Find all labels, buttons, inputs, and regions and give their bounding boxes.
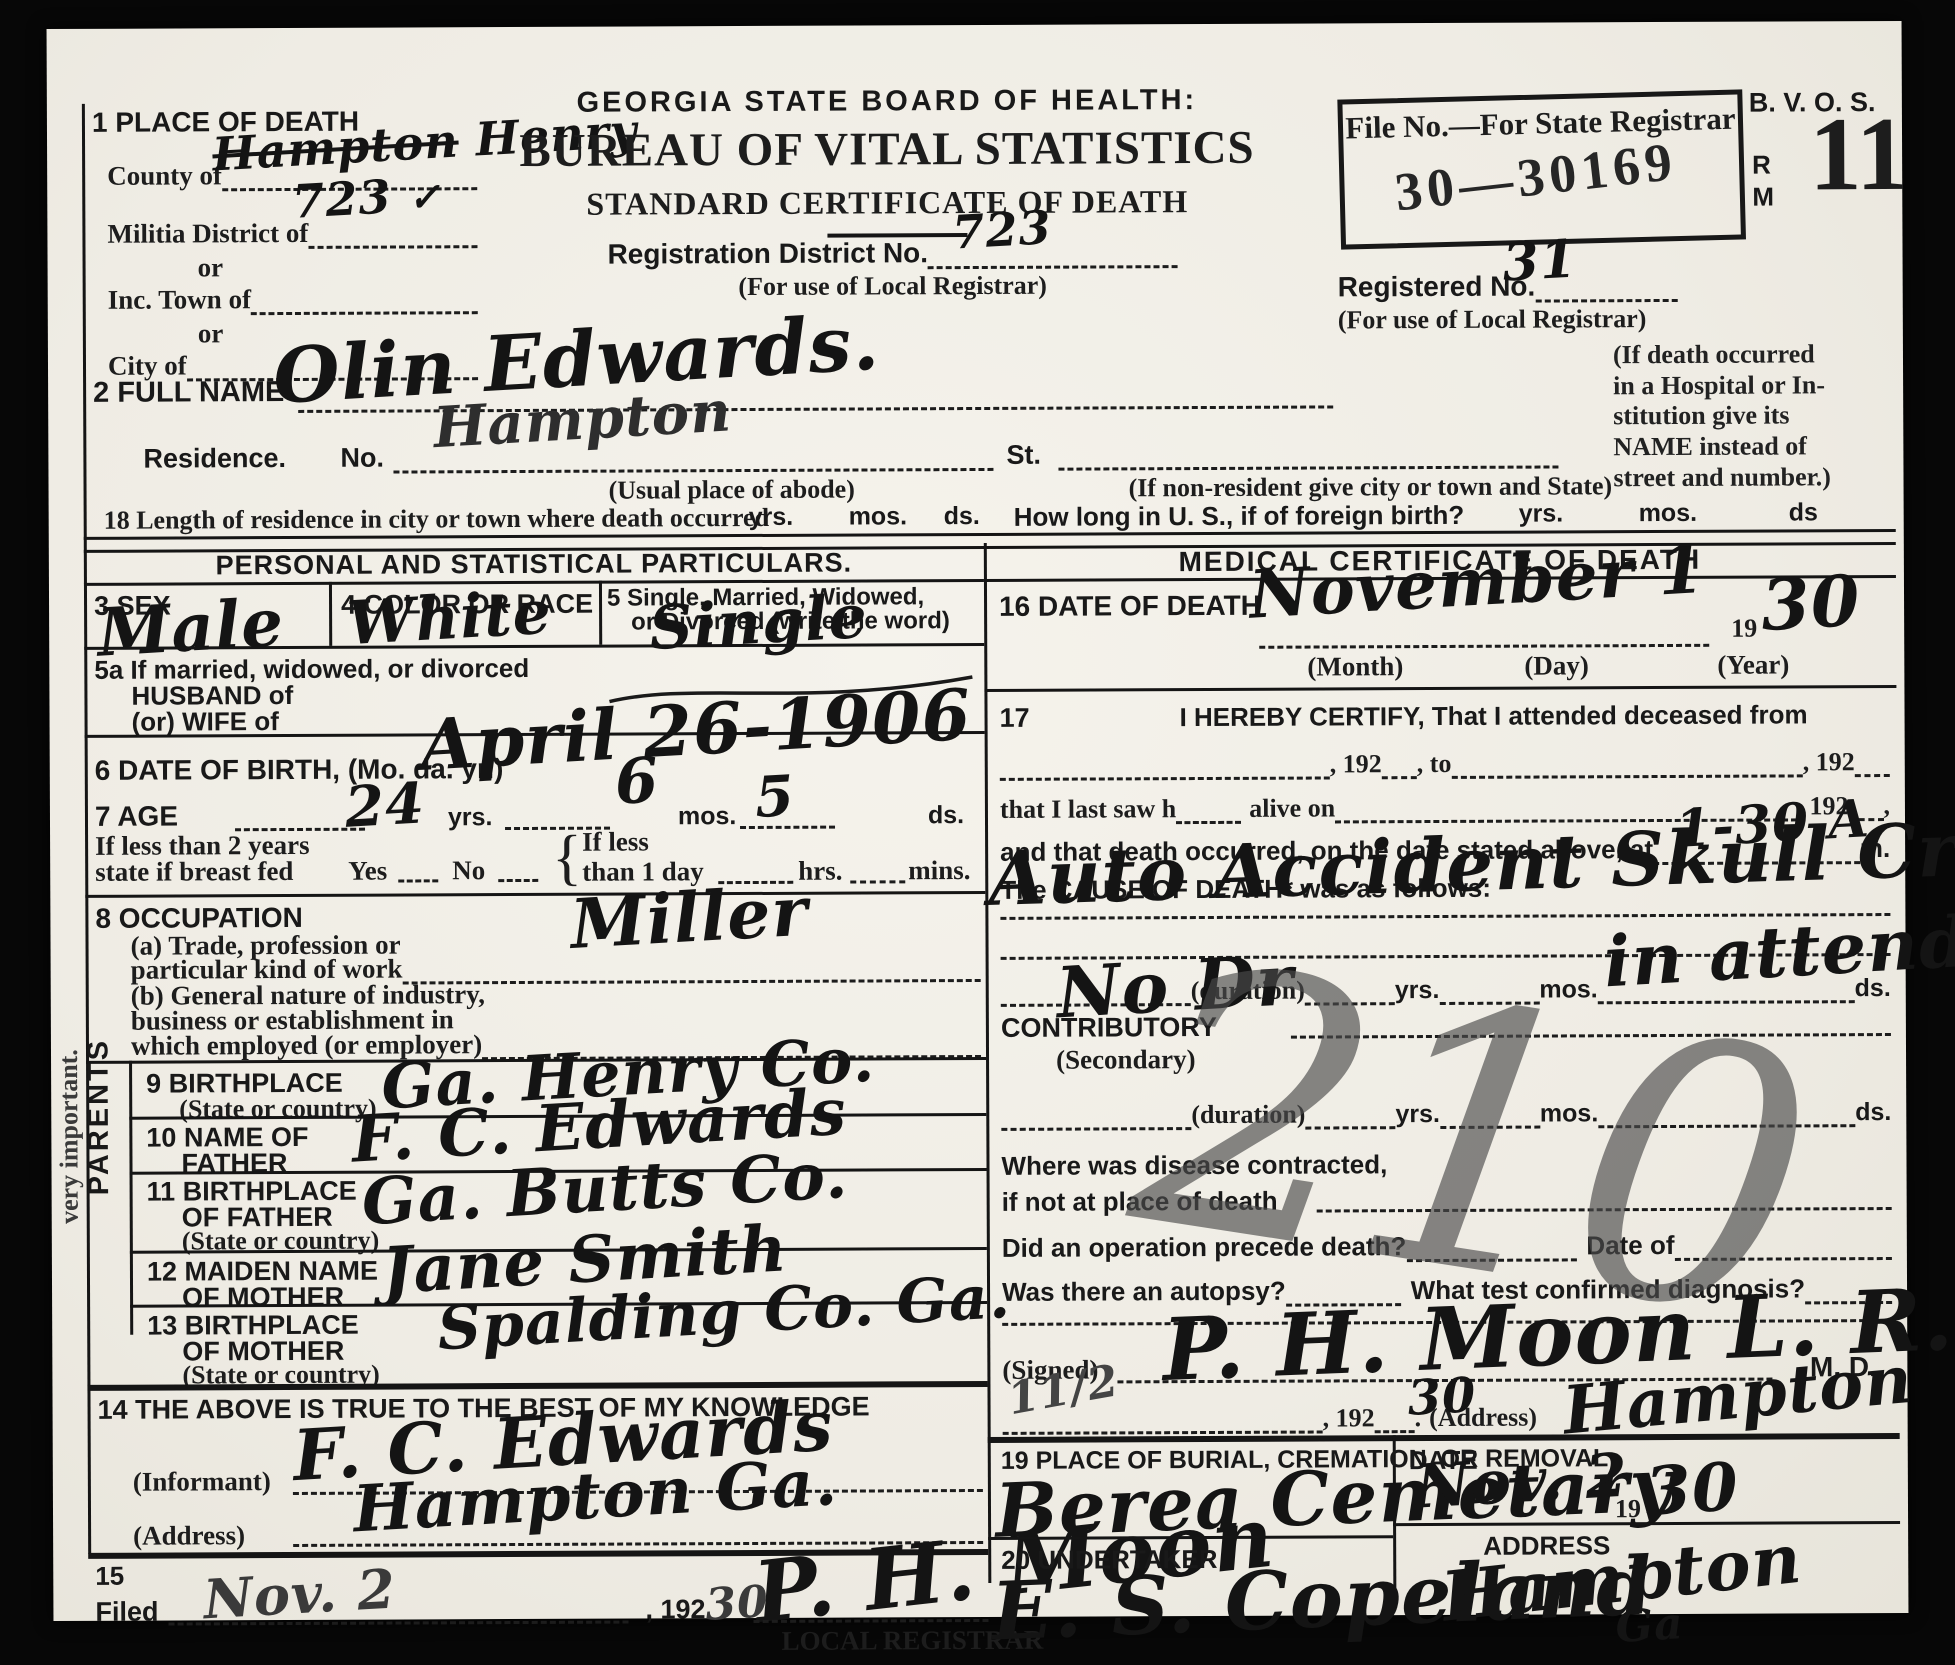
or-label-2: or bbox=[198, 318, 224, 349]
hospital-note-line-3: stitution give its bbox=[1613, 400, 1903, 432]
mins-fill bbox=[850, 880, 905, 883]
age-years-value: 24 bbox=[343, 770, 427, 840]
sex-color-divider bbox=[329, 582, 332, 646]
full-name-label: 2 FULL NAME bbox=[93, 376, 284, 410]
row9-sublabel: (State or country) bbox=[179, 1094, 377, 1125]
residence-fill-2 bbox=[1058, 465, 1558, 470]
burial-date-hw: Nov. 2 bbox=[1413, 1441, 1630, 1523]
age-days-value: 5 bbox=[753, 763, 797, 831]
last-saw-label: that I last saw h bbox=[1000, 794, 1176, 825]
registration-district-note: (For use of Local Registrar) bbox=[608, 270, 1178, 302]
form-left-border bbox=[82, 104, 91, 1554]
age-row-rule bbox=[85, 891, 985, 898]
residence-fill-1 bbox=[393, 468, 993, 474]
hospital-note-line-4: NAME instead of bbox=[1613, 431, 1903, 463]
yes-fill bbox=[398, 879, 438, 882]
filed-label: Filed bbox=[95, 1597, 158, 1628]
signed-date-fill bbox=[1003, 1426, 1323, 1434]
filed-num: 15 bbox=[95, 1561, 124, 1592]
no-fill bbox=[498, 879, 538, 882]
inc-town-fill-line bbox=[251, 307, 478, 315]
registered-no-fill bbox=[1535, 295, 1677, 303]
certify-dates-row: , 192 , to , 192 bbox=[1000, 747, 1890, 781]
abode-note: (Usual place of abode) bbox=[608, 475, 854, 506]
or-label-1: or bbox=[198, 252, 224, 283]
dod-rule bbox=[984, 685, 1896, 692]
personal-heading: PERSONAL AND STATISTICAL PARTICULARS. bbox=[84, 547, 984, 582]
county-label: County of bbox=[107, 160, 222, 192]
length-yrs: yrs. bbox=[749, 503, 794, 532]
nonresident-note: (If non-resident give city or town and S… bbox=[1128, 471, 1612, 503]
militia-handwritten: 723 ✓ bbox=[291, 166, 443, 228]
hospital-note-line-5: street and number.) bbox=[1613, 462, 1903, 494]
certify-fill-1 bbox=[1000, 772, 1330, 780]
registered-no-value: 31 bbox=[1501, 228, 1579, 293]
informant-address-label: (Address) bbox=[133, 1520, 245, 1551]
header-titles: GEORGIA STATE BOARD OF HEALTH: BUREAU OF… bbox=[477, 84, 1298, 224]
certify-num: 17 bbox=[999, 703, 1029, 734]
parents-label: PARENTS bbox=[83, 1135, 116, 1195]
certify-to: , to bbox=[1417, 749, 1452, 779]
parents-bracket bbox=[129, 1061, 133, 1335]
age-ds-unit: ds. bbox=[928, 801, 964, 830]
militia-value: 723 bbox=[291, 169, 393, 229]
inc-town-row: Inc. Town of bbox=[108, 283, 478, 316]
certify-text: I HEREBY CERTIFY, That I attended deceas… bbox=[1179, 699, 1807, 733]
burial-year-printed: 19 bbox=[1615, 1494, 1641, 1524]
age-months-value: 6 bbox=[613, 743, 661, 818]
certify-192b: , 192 bbox=[1803, 747, 1855, 777]
dod-label: 16 DATE OF DEATH bbox=[999, 590, 1261, 623]
how-long-yrs: yrs. bbox=[1519, 499, 1564, 528]
brace-glyph: { bbox=[552, 823, 582, 894]
board-title: GEORGIA STATE BOARD OF HEALTH: bbox=[477, 84, 1297, 121]
row12-sublabel: OF MOTHER bbox=[182, 1282, 344, 1314]
age-mos-unit: mos. bbox=[678, 802, 736, 831]
age-label: 7 AGE bbox=[95, 800, 178, 832]
filed-signature-fill bbox=[753, 1619, 988, 1623]
dob-value: April 26-1906 bbox=[418, 673, 974, 787]
row10-sublabel: FATHER bbox=[181, 1148, 287, 1179]
certify-fill-2 bbox=[1451, 770, 1802, 779]
last-saw-fill-1 bbox=[1176, 817, 1241, 824]
alive-on-label: alive on bbox=[1249, 793, 1335, 823]
bvos-r: R bbox=[1752, 150, 1771, 181]
yes-label: Yes bbox=[348, 856, 387, 887]
month-note: (Month) bbox=[1307, 651, 1403, 682]
column-divider bbox=[984, 543, 992, 1583]
file-no-label: File No.—For State Registrar bbox=[1343, 101, 1739, 147]
militia-fill-line bbox=[308, 241, 477, 249]
no-label: No bbox=[452, 855, 485, 886]
hospital-note-line-1: (If death occurred bbox=[1613, 339, 1903, 371]
militia-row: Militia District of bbox=[107, 217, 477, 250]
dod-year-printed: 19 bbox=[1731, 614, 1757, 644]
burial-year-hw: 30 bbox=[1643, 1447, 1741, 1530]
certify-192b-fill bbox=[1855, 770, 1890, 777]
how-long-label: How long in U. S., if of foreign birth? bbox=[1014, 500, 1465, 533]
dod-year-hw: 30 bbox=[1759, 559, 1863, 648]
married-note-3: (or) WIFE of bbox=[131, 706, 278, 738]
residence-label: Residence. bbox=[143, 443, 286, 475]
filed-date-value: Nov. 2 bbox=[202, 1557, 398, 1632]
length-mos: mos. bbox=[849, 502, 907, 531]
signed-year-printed: , 192 bbox=[1323, 1403, 1375, 1433]
signed-year-hw: 30 bbox=[1406, 1367, 1478, 1427]
ifless-line-1: If less bbox=[582, 826, 649, 857]
certificate-paper: very important. 1 PLACE OF DEATH County … bbox=[47, 21, 1909, 1621]
registered-no-note: (For use of Local Registrar) bbox=[1338, 304, 1647, 335]
bureau-title: BUREAU OF VITAL STATISTICS bbox=[477, 121, 1297, 179]
file-no-box: File No.—For State Registrar 30—30169 bbox=[1337, 89, 1746, 249]
pencil-number-overlay: 210 bbox=[1118, 915, 1822, 1371]
dod-fill bbox=[1259, 644, 1709, 649]
militia-checkmark: ✓ bbox=[407, 173, 442, 220]
occupation-a2-fill bbox=[402, 975, 980, 985]
informant-label: (Informant) bbox=[133, 1466, 271, 1498]
residence-no-label: No. bbox=[340, 443, 384, 474]
registration-district-fill bbox=[928, 261, 1178, 269]
certify-192a: , 192 bbox=[1330, 749, 1382, 779]
how-long-ds: ds bbox=[1789, 498, 1818, 527]
occupation-value: Miller bbox=[568, 872, 810, 965]
how-long-mos: mos. bbox=[1639, 499, 1697, 528]
mins-label: mins. bbox=[908, 855, 970, 886]
duration2-ds: ds. bbox=[1855, 1098, 1891, 1127]
burial-heavy-rule bbox=[988, 1433, 1900, 1443]
filed-year-printed: , 192 bbox=[645, 1594, 705, 1625]
bvos-m: M bbox=[1752, 182, 1774, 213]
registration-district-row: Registration District No. bbox=[607, 236, 1177, 270]
breastfed-line-2: state if breast fed bbox=[95, 856, 293, 888]
hospital-note: (If death occurred in a Hospital or In- … bbox=[1613, 339, 1904, 494]
certify-192a-fill bbox=[1382, 772, 1417, 779]
marital-value: Single bbox=[647, 582, 869, 664]
age-yrs-unit: yrs. bbox=[448, 803, 493, 832]
registration-district-label: Registration District No. bbox=[607, 237, 928, 270]
bvos-number: 11 bbox=[1809, 101, 1909, 206]
inc-town-label: Inc. Town of bbox=[108, 284, 251, 316]
hospital-note-line-2: in a Hospital or In- bbox=[1613, 370, 1903, 402]
militia-label: Militia District of bbox=[107, 218, 308, 250]
registration-district-value: 723 bbox=[951, 200, 1053, 260]
day-note: (Day) bbox=[1524, 650, 1589, 681]
year-note: (Year) bbox=[1717, 649, 1789, 680]
length-residence-label: 18 Length of residence in city or town w… bbox=[104, 503, 769, 536]
undertaker-address-value-2: Ga bbox=[1614, 1598, 1685, 1653]
residence-st-label: St. bbox=[1006, 440, 1041, 471]
parents-label-wrap: PARENTS bbox=[69, 1149, 129, 1249]
length-ds: ds. bbox=[944, 502, 980, 531]
color-marital-divider bbox=[599, 581, 602, 645]
certificate-title: STANDARD CERTIFICATE OF DEATH bbox=[477, 183, 1297, 224]
signed-year-fill bbox=[1375, 1426, 1415, 1433]
